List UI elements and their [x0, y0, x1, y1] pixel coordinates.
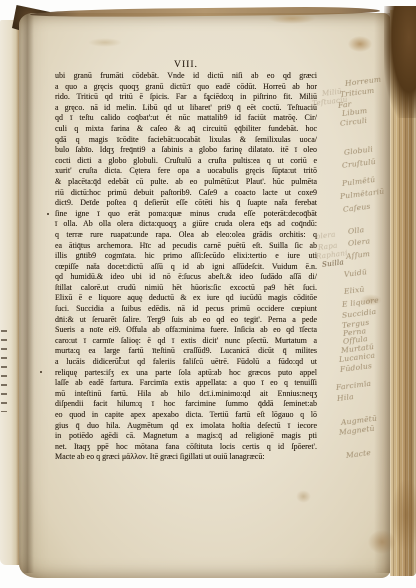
- marginalia-note: Cruſtulū: [341, 157, 376, 170]
- book-photograph: VIII. ubi granū frumāti cōdebāt. Vnde id…: [0, 0, 416, 588]
- marginalia-note: Globuli: [343, 144, 373, 156]
- marginalia-note: Hila: [336, 392, 354, 403]
- marginalia-note: Circuli: [339, 116, 367, 128]
- marginalia-note: Macte: [345, 448, 371, 460]
- marginalia-note: Olera: [347, 236, 370, 248]
- marginalia-note: Caſeus: [342, 202, 371, 214]
- marginalia-note: Horreum: [344, 75, 381, 88]
- marginalia-note: Farcimīa: [335, 379, 371, 392]
- marginalia-note: Elixū: [343, 285, 365, 296]
- marginalia-note: Pulmētū: [341, 175, 375, 188]
- marginalia-note: Aſſum: [345, 249, 370, 261]
- marginalia-layer: HorreumTriticumFarLibumCirculiGlobuliCru…: [0, 0, 416, 588]
- marginalia-note: Pulmētariū: [339, 187, 384, 201]
- marginalia-note: Olla: [347, 225, 364, 236]
- marginalia-note: olera: [315, 230, 336, 241]
- marginalia-note: Vuidū: [343, 267, 367, 279]
- marginalia-note: Suilla: [321, 257, 344, 269]
